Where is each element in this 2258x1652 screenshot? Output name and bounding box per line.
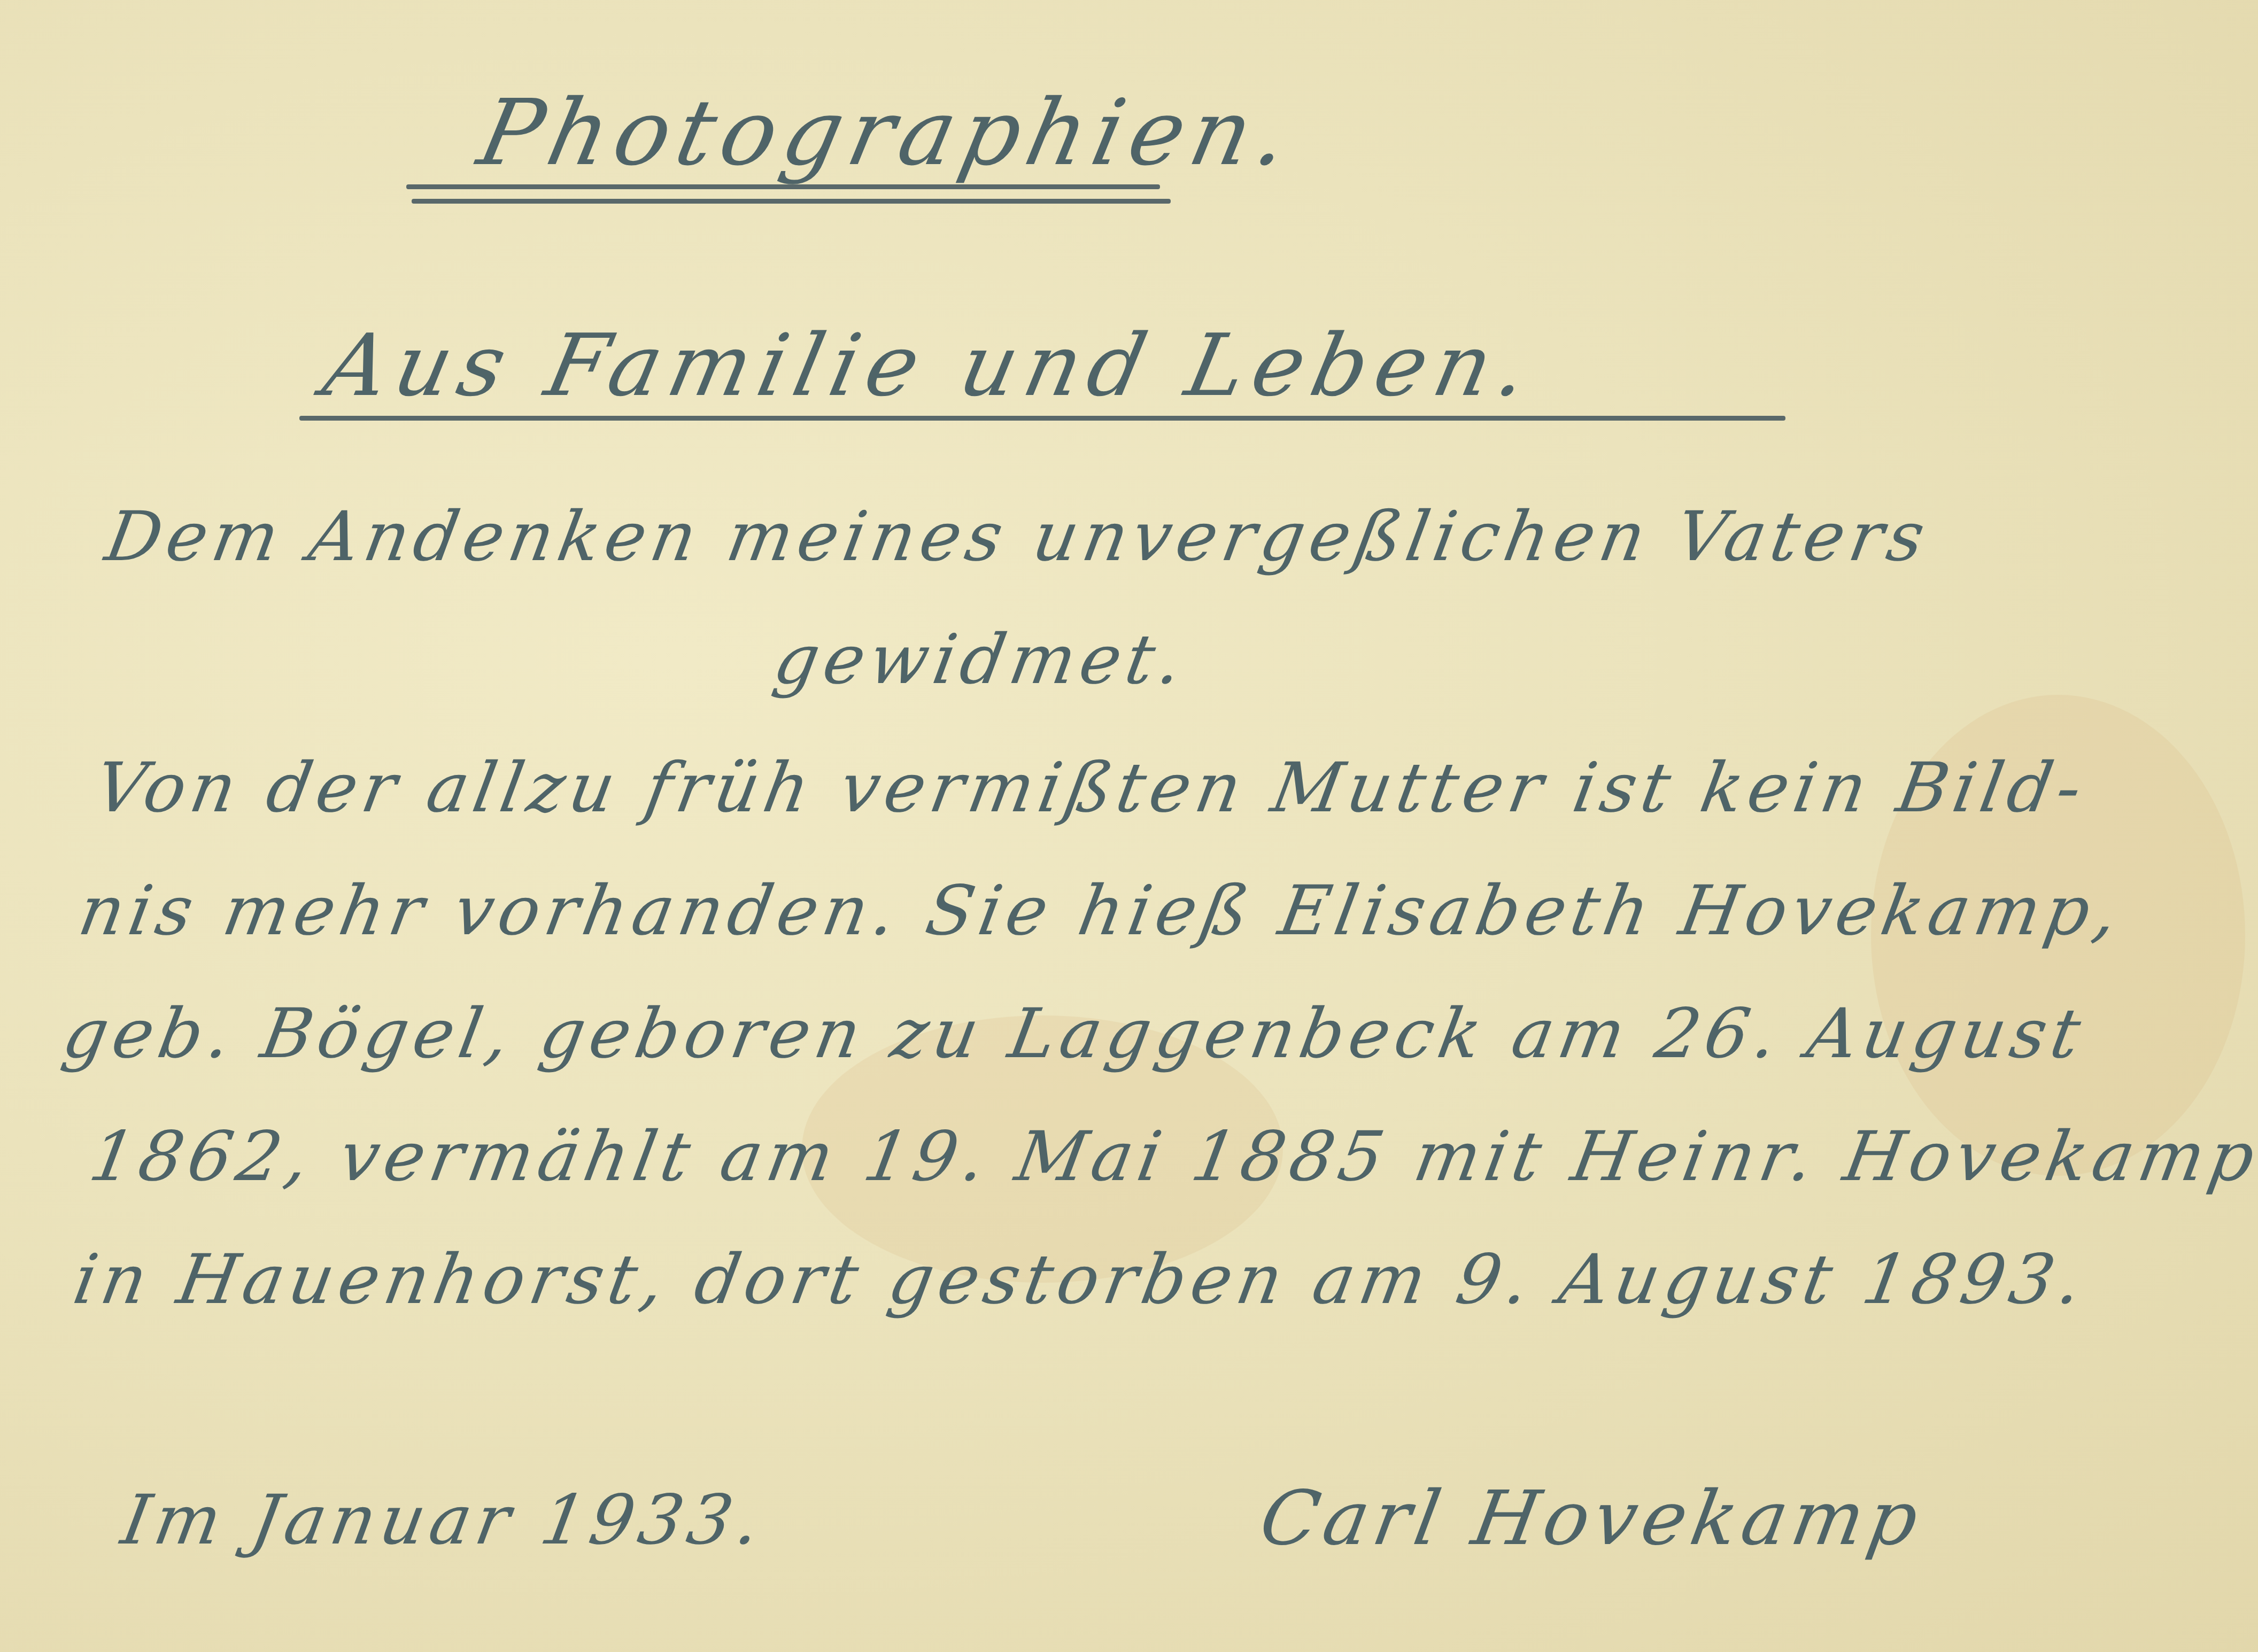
page-title: Photographien. <box>470 80 1305 186</box>
title-underline-top <box>406 184 1160 189</box>
subtitle-underline <box>299 416 1785 421</box>
body-line-2: nis mehr vorhanden. Sie hieß Elisabeth H… <box>73 871 2129 951</box>
title-underline-bottom <box>412 199 1171 204</box>
dedication-line-1: Dem Andenken meines unvergeßlichen Vater… <box>100 497 1936 577</box>
body-line-5: in Hauenhorst, dort gestorben am 9. Augu… <box>68 1240 2093 1320</box>
date-line: Im Januar 1933. <box>116 1480 771 1560</box>
signature: Carl Hovekamp <box>1254 1475 1930 1562</box>
body-line-3: geb. Bögel, geboren zu Laggenbeck am 26.… <box>57 994 2092 1074</box>
subtitle: Aus Familie und Leben. <box>315 315 1545 415</box>
body-line-4: 1862, vermählt am 19. Mai 1885 mit Heinr… <box>84 1117 2258 1197</box>
dedication-line-2: gewidmet. <box>768 620 1194 700</box>
body-line-1: Von der allzu früh vermißten Mutter ist … <box>89 748 2093 828</box>
handwritten-page: Photographien. Aus Familie und Leben. De… <box>0 0 2258 1652</box>
